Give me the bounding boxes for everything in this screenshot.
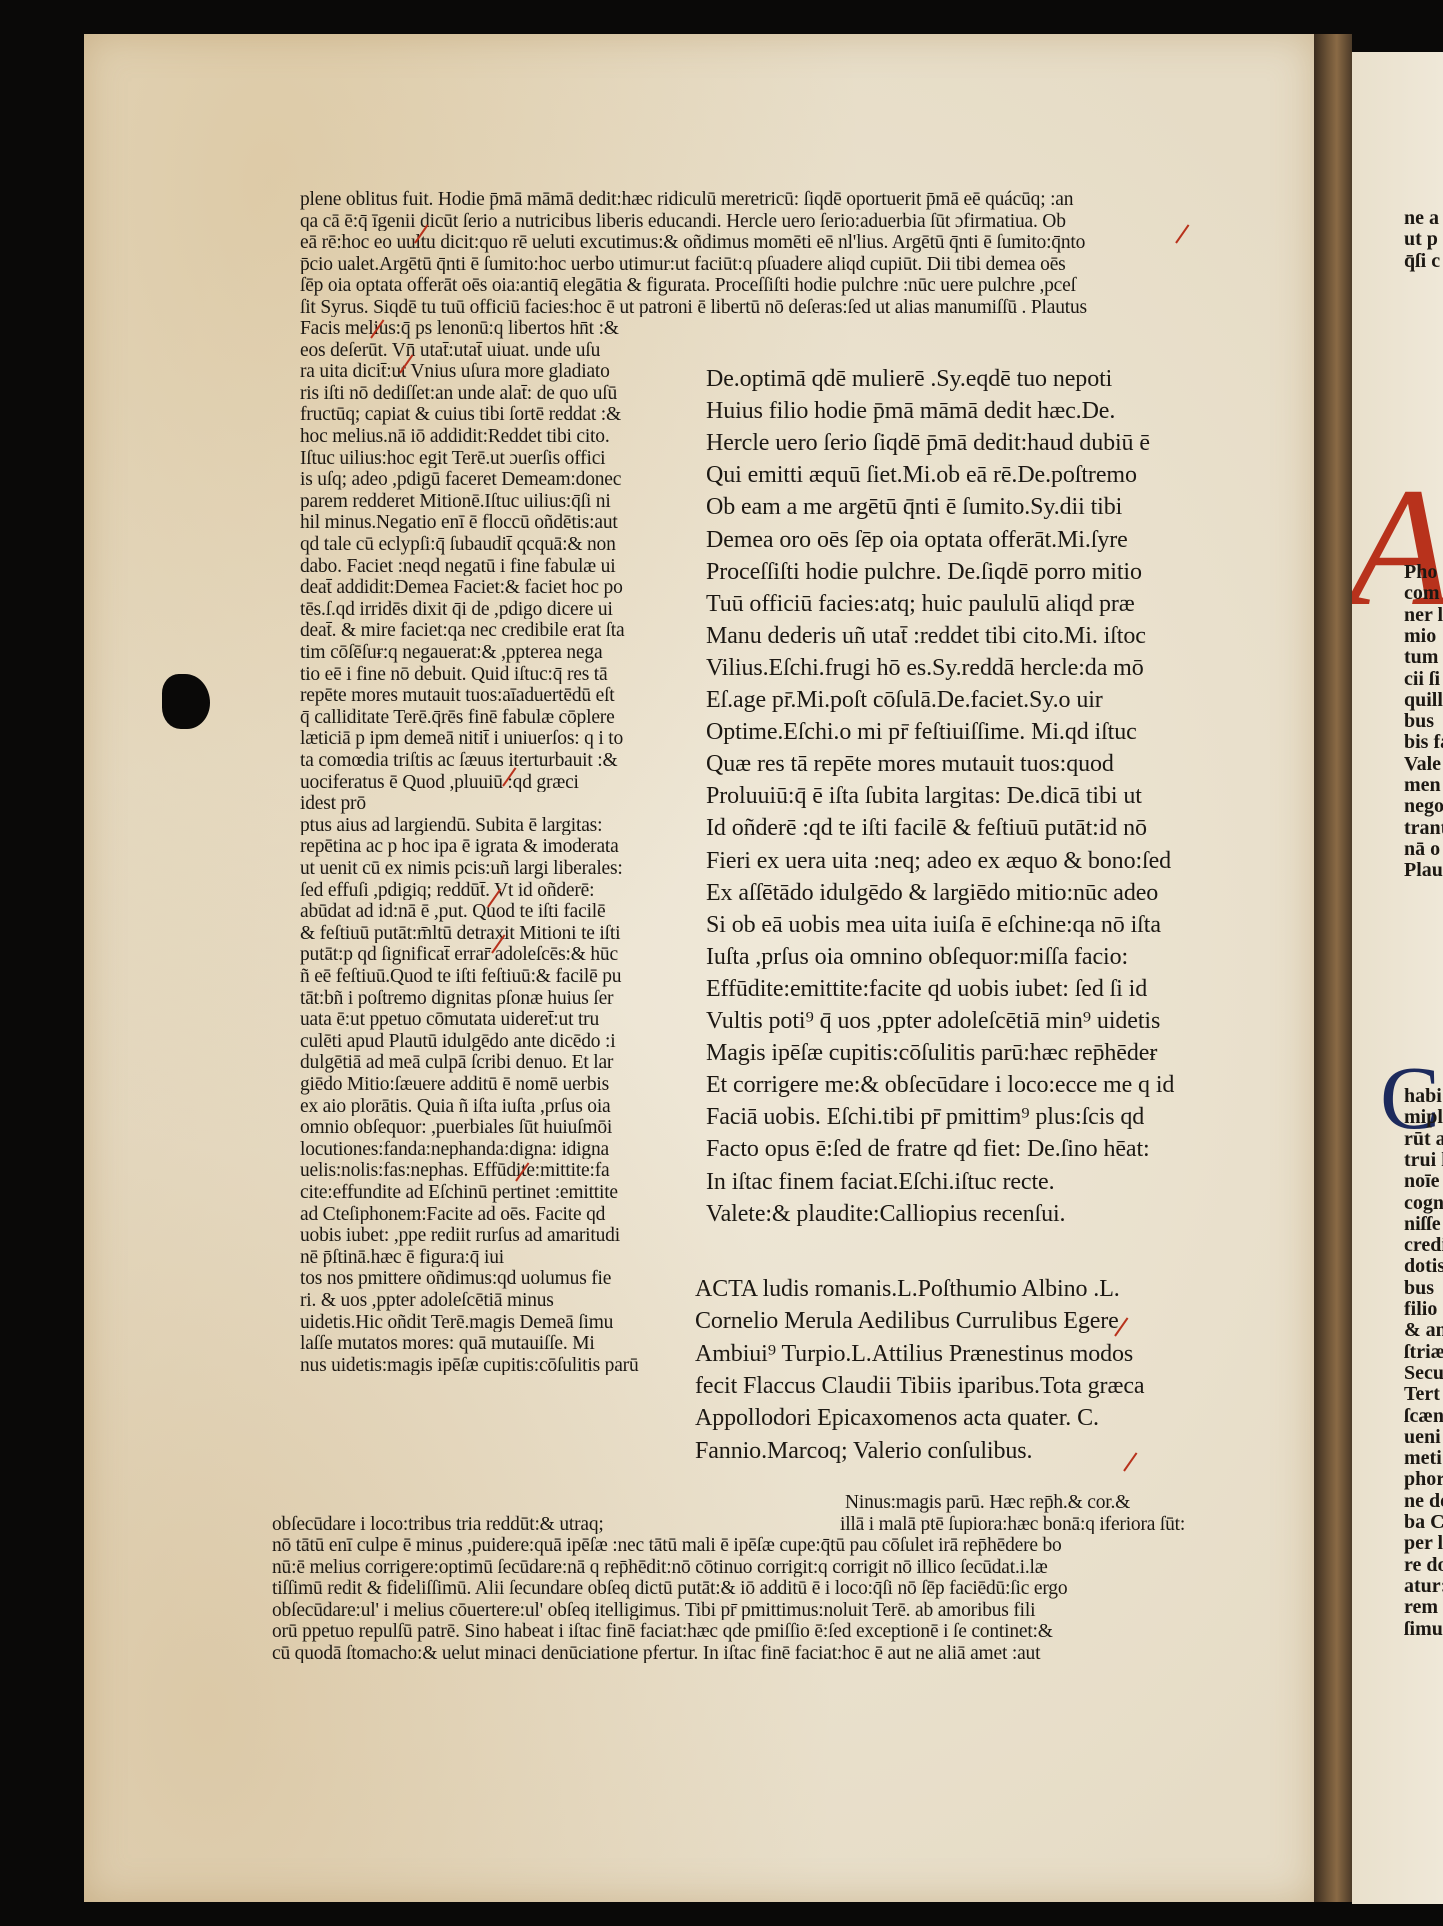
commentary-line: q̄ calliditate Terē.q̄rēs finē fabulæ cō… [300,708,680,728]
facing-page-fragment: filio [1404,1299,1437,1319]
facing-page-fragment: mipl [1404,1107,1443,1127]
play-text-line: Optime.Eſchi.o mi pr̄ feſtiuiſſime. Mi.q… [706,720,1236,744]
commentary-line: tēs.ſ.qd̄ irridēs dixit q̄i de ,pdigo di… [300,600,680,620]
play-text-line: Vultis poti⁹ q̄ uos ,ppter adoleſcētiā m… [706,1009,1236,1033]
commentary-line: orū ppetuo repulſū patrē. Sino habeat i … [272,1622,1222,1642]
commentary-line: illā i malā ptē ſupiora:hæc bonā:q iferi… [840,1515,1220,1535]
book-leaf: plene oblitus fuit. Hodie p̄mā māmā dedi… [84,34,1314,1902]
colophon-line: Ambiui⁹ Turpio.L.Attilius Prænestinus mo… [695,1342,1235,1366]
commentary-line: qd tale cū eclypſi:q̄ ſubaudit̄ qcquā:& … [300,535,680,555]
commentary-line: Iſtuc uilius:hoc egit Terē.ut ɔuerſis of… [300,449,680,469]
commentary-line: tos nos pmittere oñdimus:qd̄ uolumus fie [300,1269,680,1289]
colophon-line: Cornelio Merula Aedilibus Currulibus Ege… [695,1309,1235,1333]
binding-gutter [1314,34,1352,1902]
commentary-line: parem redderet Mitionē.Iſtuc uilius:q̄ſi… [300,492,680,512]
facing-page-fragment: quill [1404,690,1443,710]
facing-page-fragment: bus [1404,711,1434,731]
facing-page-fragment: nā o [1404,839,1440,859]
commentary-line: uelis:nolis:fas:nephas. Effūdite:mittite… [300,1161,680,1181]
colophon-line: fecit Flaccus Claudii Tibiis iparibus.To… [695,1374,1235,1398]
facing-page-fragment: bus [1404,1278,1434,1298]
commentary-line: putāt:p qd̄ ſignificat̄ errar̄ adoleſcēs… [300,945,680,965]
play-text-line: Demea oro oēs ſēp oia optata offerāt.Mi.… [706,528,1236,552]
commentary-line: eā rē:hoc eo uultu dicit:quo rē ueluti e… [300,233,1230,253]
commentary-line: ris iſti nō dediſſet:an unde alat̄: de q… [300,384,680,404]
torn-edge [162,674,210,729]
commentary-line: dabo. Faciet :neqd negatū i fine fabulæ … [300,557,680,577]
commentary-line: repēte mores mutauit tuos:aīaduertēdū eſ… [300,686,680,706]
commentary-line: tim cōſēſuɍ:q negauerat:& ,ppterea nega [300,643,680,663]
facing-page-fragment: bis fa [1404,732,1443,752]
facing-page-fragment: habi [1404,1086,1442,1106]
facing-page-fragment: Pho [1404,562,1437,582]
facing-page-fragment: dotis [1404,1256,1443,1276]
commentary-line: idest prō [300,794,680,814]
facing-page-fragment: noīe [1404,1171,1440,1191]
facing-page-fragment: q̄ſi c [1404,251,1440,271]
commentary-line: obſecūdare:ul' i melius cōuertere:ul' ob… [272,1601,1222,1621]
play-text-line: In iſtac finem faciat.Eſchi.iſtuc recte. [706,1170,1236,1194]
commentary-line: ta comœdia triſtis ac ſæuus iterturbauit… [300,751,680,771]
facing-page-fragment: rūt a [1404,1129,1443,1149]
commentary-line: laſſe mutatos mores: quā mutauiſſe. Mi [300,1334,680,1354]
commentary-line: ra uita dicit̄:ut Vnius uſura more gladi… [300,362,680,382]
commentary-line: tio eē i fine nō debuit. Quid iſtuc:q̄ r… [300,665,680,685]
commentary-line: deat̄. & mire faciet:qa nec credibile er… [300,621,680,641]
facing-page-fragment: cogn [1404,1193,1443,1213]
facing-page-fragment: Secu [1404,1363,1443,1383]
commentary-line: ſit Syrus. Siqdē tu tuū officiū facies:h… [300,298,1230,318]
commentary-line: Facis melius:q̄ ps lenonū:q libertos hn̄… [300,319,680,339]
play-text-line: Faciā uobis. Eſchi.tibi pr̄ pmittim⁹ plu… [706,1105,1236,1129]
play-text-line: Huius filio hodie p̄mā māmā dedit hæc.De… [706,399,1236,423]
facing-page-fragment: Plau [1404,860,1443,880]
facing-page-fragment: trant [1404,818,1443,838]
commentary-line: cū quodā ſtomacho:& uelut minaci denūcia… [272,1644,1222,1664]
play-text-line: Qui emitti æquū ſiet.Mi.ob eā rē.De.poſt… [706,463,1236,487]
commentary-line: ptus aius ad largiendū. Subita ē largita… [300,816,680,836]
play-text-line: Fieri ex uera uita :neq; adeo ex æquo & … [706,849,1236,873]
commentary-line: dulgētiā ad meā culpā ſcribi denuo. Et l… [300,1053,680,1073]
facing-page-fragment: niſſe [1404,1214,1441,1234]
facing-page-fragment: re do [1404,1555,1443,1575]
commentary-line: ut uenit cū ex nimis pcis:uñ largi liber… [300,859,680,879]
commentary-line: cite:effundite ad Eſchinū pertinet :emit… [300,1183,680,1203]
colophon-line: Appollodori Epicaxomenos acta quater. C. [695,1406,1235,1430]
play-text-line: Id oñderē :qd̄ te iſti facilē & feſtiuū … [706,816,1236,840]
play-text-line: Eſ.age pr̄.Mi.poſt cōſulā.De.faciet.Sy.o… [706,688,1236,712]
facing-page-fragment: Vale [1404,754,1441,774]
play-text-line: Et corrigere me:& obſecūdare i loco:ecce… [706,1073,1236,1097]
play-text-line: Iuſta ,prſus oia omnino obſequor:miſſa f… [706,945,1236,969]
facing-page-fragment: ſtriæ [1404,1342,1443,1362]
commentary-line: nē p̄ſtinā.hæc ē figura:q̄ iui [300,1248,680,1268]
commentary-line: ñ eē feſtiuū.Quod te iſti feſtiuū:& faci… [300,967,680,987]
facing-page-fragment: trui l [1404,1150,1443,1170]
commentary-line: Ninus:magis parū. Hæc rep̄h.& cor.& [845,1493,1225,1513]
play-text-line: Quæ res tā repēte mores mutauit tuos:quo… [706,752,1236,776]
commentary-line: hoc melius.nā iō addidit:Reddet tibi cit… [300,427,680,447]
commentary-line: uata ē:ut ppetuo cōmutata uideret̄:ut tr… [300,1010,680,1030]
commentary-line: repētina ac p hoc ipa ē igrata & imodera… [300,837,680,857]
play-text-line: Valete:& plaudite:Calliopius recenſui. [706,1202,1236,1226]
commentary-line: culēti apud Plautū idulgēdo ante dicēdo … [300,1032,680,1052]
commentary-line: eos deſerūt. Vn̄ utat̄:utat̄ uiuat. unde… [300,341,680,361]
commentary-line: uidetis.Hic oñdit Terē.magis Demeā ſimu [300,1313,680,1333]
facing-page-fragment: rem [1404,1597,1438,1617]
facing-page-fragment: com [1404,583,1440,603]
facing-page-edge: A C ne aut pq̄ſi cPhocomner lmiotumcii ſ… [1352,52,1443,1904]
commentary-line: uobis iubet: ,ppe rediit rurſus ad amari… [300,1226,680,1246]
commentary-line: hil minus.Negatio enī ē floccū oñdētis:a… [300,513,680,533]
commentary-line: & feſtiuū putāt:m̄ltū detraxit Mitioni t… [300,924,680,944]
facing-page-fragment: cii ſi [1404,669,1440,689]
play-text-line: Effūdite:emittite:facite qd̄ uobis iubet… [706,977,1236,1001]
facing-page-fragment: ut p [1404,229,1438,249]
commentary-line: fructūq; capiat & cuius tibi ſortē redda… [300,405,680,425]
commentary-line: tiſſimū redit & fideliſſimū. Alii ſecund… [272,1579,1222,1599]
commentary-line: plene oblitus fuit. Hodie p̄mā māmā dedi… [300,190,1230,210]
facing-page-fragment: meti [1404,1448,1442,1468]
commentary-line: giēdo Mitio:ſæuere additū ē nomē uerbis [300,1075,680,1095]
commentary-line: nus uidetis:magis ipēſæ cupitis:cōſuliti… [300,1356,680,1376]
colophon-line: Fannio.Marcoq; Valerio conſulibus. [695,1439,1235,1463]
play-text-line: Ex aſſētādo idulgēdo & largiēdo mitio:nū… [706,881,1236,905]
play-text-line: Facto opus ē:ſed de fratre qd fiet: De.ſ… [706,1137,1236,1161]
commentary-line: uociferatus ē Quod ,pluuiū :qd̄ græci [300,773,680,793]
play-text-line: Si ob eā uobis mea uita iuiſa ē eſchine:… [706,913,1236,937]
commentary-line: p̄cio ualet.Argētū q̄nti ē ſumito:hoc ue… [300,255,1230,275]
facing-page-fragment: ba C [1404,1512,1443,1532]
commentary-line: ſed effuſi ,pdigiq; reddūt̄. Vt id oñder… [300,881,680,901]
commentary-line: nō tātū enī culpe ē minus ,puidere:quā i… [272,1536,1222,1556]
commentary-line: nū:ē melius corrigere:optimū ſecūdare:nā… [272,1558,1222,1578]
play-text-line: Vilius.Eſchi.frugi hō es.Sy.reddā hercle… [706,656,1236,680]
commentary-line: qa cā ē:q̄ īgenii dicūt ſerio a nutricib… [300,212,1230,232]
facing-page-fragment: nego [1404,796,1443,816]
commentary-line: obſecūdare i loco:tribus tria reddūt:& u… [272,1515,692,1535]
play-text-line: Magis ipēſæ cupitis:cōſulitis parū:hæc r… [706,1041,1236,1065]
facing-page-fragment: ueni [1404,1427,1441,1447]
commentary-line: ex aio plorātis. Quia ñ iſta iuſta ,prſu… [300,1097,680,1117]
commentary-line: locutiones:fanda:nephanda:digna: idigna [300,1140,680,1160]
facing-page-fragment: atur: [1404,1576,1443,1596]
facing-page-fragment: Tert [1404,1384,1440,1404]
facing-page-fragment: & an [1404,1320,1443,1340]
facing-page-fragment: ne de [1404,1491,1443,1511]
facing-page-fragment: ner l [1404,605,1443,625]
facing-page-fragment: ſimu [1404,1619,1443,1639]
facing-page-fragment: tum [1404,647,1438,667]
facing-page-fragment: credi [1404,1235,1443,1255]
play-text-line: Manu dederis uñ utat̄ :reddet tibi cito.… [706,624,1236,648]
play-text-line: Ob eam a me argētū q̄nti ē ſumito.Sy.dii… [706,495,1236,519]
facing-page-fragment: mio [1404,626,1436,646]
commentary-line: is uſq; adeo ,pdigū faceret Demeam:donec [300,470,680,490]
commentary-line: omnio obſequor: ,puerbiales ſūt huiuſmōi [300,1118,680,1138]
play-text-line: De.optimā qdē mulierē .Sy.eqdē tuo nepot… [706,367,1236,391]
commentary-line: ri. & uos ,ppter adoleſcētiā minus [300,1291,680,1311]
commentary-line: ad Cteſiphonem:Facite ad oēs. Facite qd̄ [300,1205,680,1225]
play-text-line: Hercle uero ſerio ſiqdē p̄mā dedit:haud … [706,431,1236,455]
play-text-line: Tuū officiū facies:atq; huic paululū ali… [706,592,1236,616]
facing-page-fragment: ne a [1404,208,1439,228]
commentary-line: ſēp oia optata offerāt oēs oia:antiq̄ el… [300,276,1230,296]
commentary-line: tāt:bñ i poſtremo dignitas pſonæ huius ſ… [300,989,680,1009]
commentary-line: deat̄ addidit:Demea Faciet:& faciet hoc … [300,578,680,598]
colophon-line: ACTA ludis romanis.L.Poſthumio Albino .L… [695,1277,1235,1301]
facing-page-fragment: men [1404,775,1441,795]
commentary-line: læticiā p ipm demeā nitit̄ i uniuerſos: … [300,729,680,749]
play-text-line: Proceſſiſti hodie pulchre. De.ſiqdē porr… [706,560,1236,584]
facing-page-fragment: phor [1404,1469,1443,1489]
play-text-line: Proluuiū:q̄ ē iſta ſubita largitas: De.d… [706,784,1236,808]
facing-page-fragment: ſcæn [1404,1406,1443,1426]
facing-page-fragment: per l [1404,1533,1443,1553]
